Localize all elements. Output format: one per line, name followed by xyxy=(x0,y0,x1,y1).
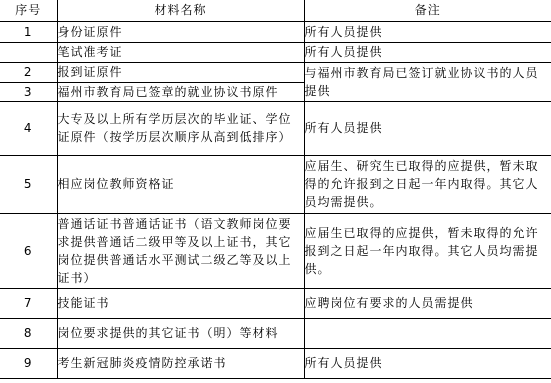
cell-material: 身份证原件 xyxy=(57,21,304,42)
cell-remark: 应届生已取得的应提供，暂未取得的允许报到之日起一年内取得。其它人员均需提供。 xyxy=(304,213,551,288)
cell-no: 8 xyxy=(0,318,57,348)
column-header-no: 序号 xyxy=(0,0,57,21)
cell-no xyxy=(0,42,57,62)
cell-remark xyxy=(304,318,551,348)
cell-material: 普通话证书普通话证书（语文教师岗位要求提供普通话二级甲等及以上证书，其它岗位提供… xyxy=(57,213,304,288)
cell-remark: 所有人员提供 xyxy=(304,42,551,62)
table-row: 笔试准考证 所有人员提供 xyxy=(0,42,551,62)
cell-no: 5 xyxy=(0,155,57,213)
cell-material: 福州市教育局已签章的就业协议书原件 xyxy=(57,82,304,101)
cell-remark: 所有人员提供 xyxy=(304,101,551,155)
cell-no: 2 xyxy=(0,62,57,82)
cell-remark: 所有人员提供 xyxy=(304,348,551,378)
cell-material: 报到证原件 xyxy=(57,62,304,82)
cell-material: 考生新冠肺炎疫情防控承诺书 xyxy=(57,348,304,378)
cell-material: 大专及以上所有学历层次的毕业证、学位证原件（按学历层次顺序从高到低排序） xyxy=(57,101,304,155)
cell-remark: 所有人员提供 xyxy=(304,21,551,42)
cell-no: 1 xyxy=(0,21,57,42)
table-row: 1 身份证原件 所有人员提供 xyxy=(0,21,551,42)
cell-remark: 应届生、研究生已取得的应提供，暂未取得的允许报到之日起一年内取得。其它人员均需提… xyxy=(304,155,551,213)
table-row: 2 报到证原件 与福州市教育局已签订就业协议书的人员提供 xyxy=(0,62,551,82)
cell-no: 9 xyxy=(0,348,57,378)
column-header-remark: 备注 xyxy=(304,0,551,21)
table-row: 5 相应岗位教师资格证 应届生、研究生已取得的应提供，暂未取得的允许报到之日起一… xyxy=(0,155,551,213)
cell-no: 4 xyxy=(0,101,57,155)
cell-material: 相应岗位教师资格证 xyxy=(57,155,304,213)
cell-material: 岗位要求提供的其它证书（明）等材料 xyxy=(57,318,304,348)
cell-remark-merged: 与福州市教育局已签订就业协议书的人员提供 xyxy=(304,62,551,101)
table-row: 9 考生新冠肺炎疫情防控承诺书 所有人员提供 xyxy=(0,348,551,378)
table-row: 8 岗位要求提供的其它证书（明）等材料 xyxy=(0,318,551,348)
table-row: 7 技能证书 应聘岗位有要求的人员需提供 xyxy=(0,288,551,318)
header-row: 序号 材料名称 备注 xyxy=(0,0,551,21)
cell-no: 3 xyxy=(0,82,57,101)
cell-remark: 应聘岗位有要求的人员需提供 xyxy=(304,288,551,318)
column-header-material: 材料名称 xyxy=(57,0,304,21)
cell-material: 笔试准考证 xyxy=(57,42,304,62)
cell-no: 7 xyxy=(0,288,57,318)
materials-table: 序号 材料名称 备注 1 身份证原件 所有人员提供 笔试准考证 所有人员提供 2… xyxy=(0,0,551,379)
table-row: 4 大专及以上所有学历层次的毕业证、学位证原件（按学历层次顺序从高到低排序） 所… xyxy=(0,101,551,155)
table-row: 6 普通话证书普通话证书（语文教师岗位要求提供普通话二级甲等及以上证书，其它岗位… xyxy=(0,213,551,288)
cell-material: 技能证书 xyxy=(57,288,304,318)
cell-no: 6 xyxy=(0,213,57,288)
